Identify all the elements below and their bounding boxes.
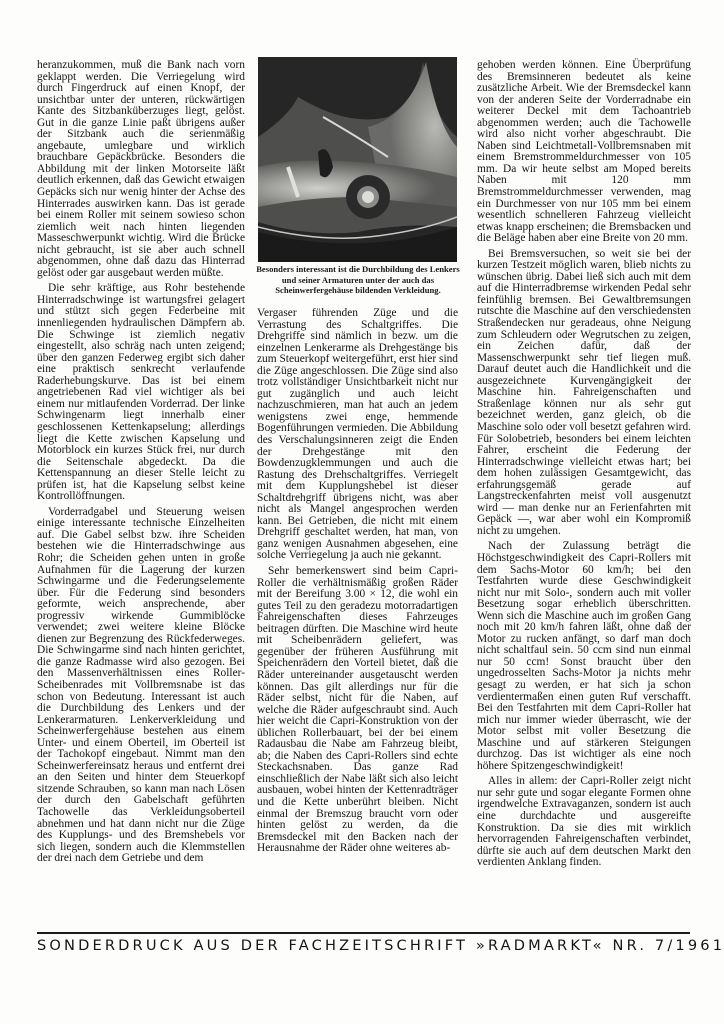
paragraph: Nach der Zulassung beträgt die Höchstges…: [477, 541, 691, 772]
paragraph: Vorderradgabel und Steuerung weisen eini…: [37, 507, 245, 865]
paragraph: gehoben werden können. Eine Überprüfung …: [477, 60, 691, 245]
figure-photo: [258, 57, 457, 262]
footer-rule: [37, 932, 690, 934]
figure-caption: Besonders interessant ist die Durchbildu…: [252, 264, 464, 296]
paragraph: Sehr bemerkenswert sind beim Capri-Rolle…: [257, 566, 458, 855]
left-column: heranzukommen, muß die Bank nach vorn ge…: [37, 60, 245, 869]
paragraph: heranzukommen, muß die Bank nach vorn ge…: [37, 60, 245, 279]
footer-source-line: SONDERDRUCK AUS DER FACHZEITSCHRIFT »RAD…: [37, 937, 697, 954]
paragraph: Die sehr kräftige, aus Rohr bestehende H…: [37, 283, 245, 502]
right-column: gehoben werden können. Eine Überprüfung …: [477, 60, 691, 873]
handlebar-photo-icon: [258, 57, 457, 262]
paragraph: Alles in allem: der Capri-Roller zeigt n…: [477, 776, 691, 868]
paragraph: Vergaser führenden Züge und die Verrastu…: [257, 308, 458, 562]
middle-column: Vergaser führenden Züge und die Verrastu…: [257, 308, 458, 859]
paragraph: Bei Bremsversuchen, so weit sie bei der …: [477, 249, 691, 538]
